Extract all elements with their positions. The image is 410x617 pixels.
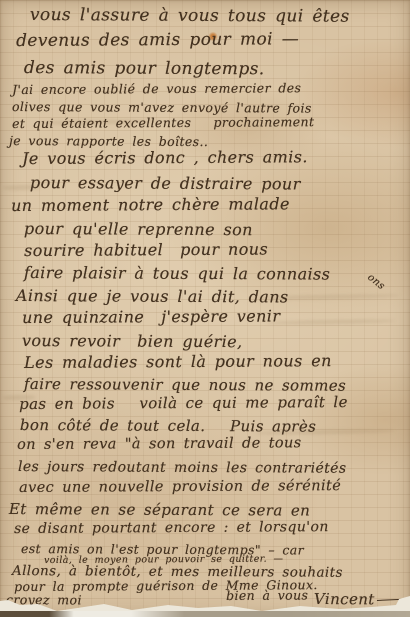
letter-line: faire plaisir à tous qui la connaiss [24,264,330,283]
letter-line: pas en bois voilà ce qui me paraît le [19,394,348,413]
letter-line: Et même en se séparant ce sera en [9,501,310,519]
letter-line: sourire habituel pour nous [24,241,268,260]
letter-line: pour essayer de distraire pour [30,174,301,193]
letter-line: bon côté de tout cela. Puis après [20,417,316,435]
letter-line: Les maladies sont là pour nous en [24,352,332,371]
letter-line: vous revoir bien guérie, [22,332,243,351]
letter-line: pour qu'elle reprenne son [24,220,253,239]
letter-line: avec une nouvelle provision de sérénité [19,479,341,497]
letter-line: faire ressouvenir que nous ne sommes [24,376,346,394]
letter-line: vous l'assure à vous tous qui êtes [30,6,350,26]
letter-line: les jours redoutant moins les contrariét… [18,460,347,477]
letter-line: on s'en reva "à son travail de tous [17,436,302,454]
letter-line: Ainsi que je vous l'ai dit, dans [16,287,289,306]
letter-line: des amis pour longtemps. [24,59,265,79]
letter-line: devenus des amis pour moi — [16,30,299,50]
letter-line-wrap-suffix: ons [365,272,387,292]
letter-line: J'ai encore oublié de vous remercier des [12,81,301,97]
letter-scan: vous l'assure à vous tous qui êtes deven… [0,0,410,617]
closing-valediction-center: bien à vous [226,588,308,602]
letter-page: vous l'assure à vous tous qui êtes deven… [0,0,410,617]
letter-line: une quinzaine j'espère venir [22,307,280,326]
letter-line: Je vous écris donc , chers amis. [22,148,308,167]
letter-line: un moment notre chère malade [11,195,290,214]
letter-line: olives que vous m'avez envoyé l'autre fo… [12,100,312,115]
signature: Vincent [314,591,401,608]
letter-line: et qui étaient excellentes prochainement [12,115,314,131]
letter-line: se disant pourtant encore : et lorsqu'on [14,520,329,537]
closing-valediction-left: croyez moi [6,593,82,607]
letter-line: je vous rapporte les boîtes.. [9,134,208,149]
verso-showthrough [265,319,395,325]
